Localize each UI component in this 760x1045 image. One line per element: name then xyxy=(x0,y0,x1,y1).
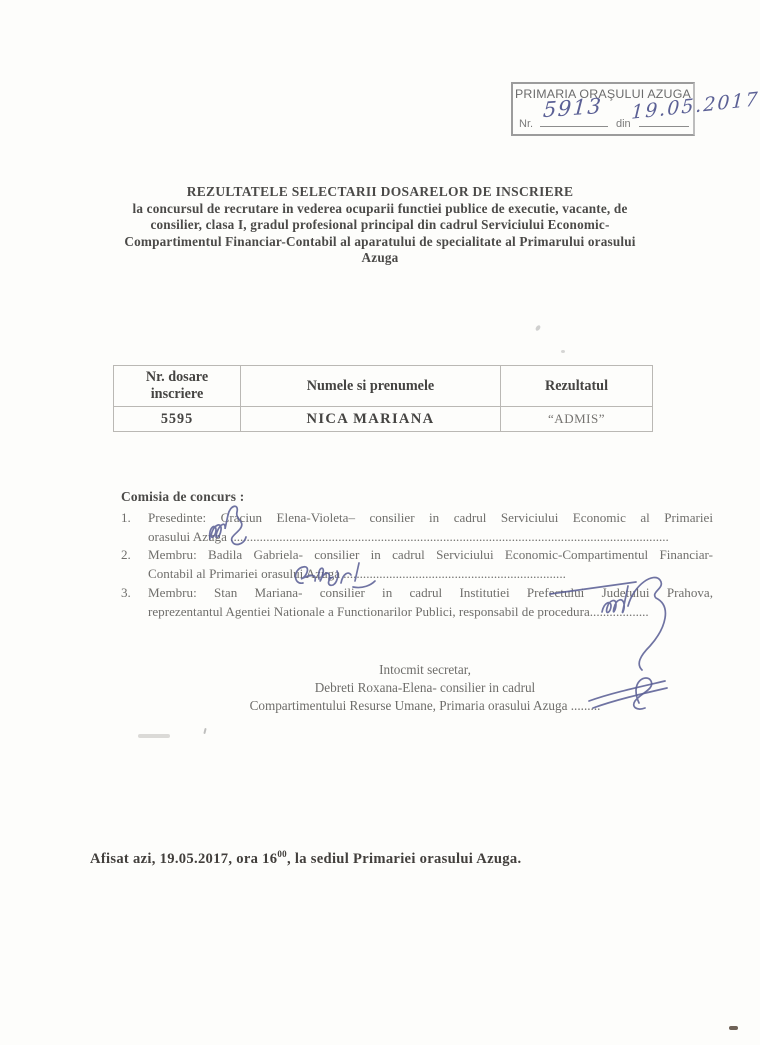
col-header-name: Numele si prenumele xyxy=(241,366,501,407)
item-number: 2. xyxy=(121,546,148,584)
col-header-dossier-number: Nr. dosare inscriere xyxy=(114,366,241,407)
posting-notice-text: Afisat azi, 19.05.2017, ora 16 xyxy=(90,851,277,867)
item-number: 1. xyxy=(121,509,148,547)
cell-dossier-number: 5595 xyxy=(114,407,241,432)
stamp-din-label: din xyxy=(616,118,631,130)
scan-artifact xyxy=(138,734,170,738)
secretary-section: Intocmit secretar, Debreti Roxana-Elena-… xyxy=(190,661,660,715)
scan-artifact xyxy=(203,728,206,734)
title-line: Compartimentul Financiar-Contabil al apa… xyxy=(80,234,680,251)
cell-result: “ADMIS” xyxy=(501,407,653,432)
signature-member-1 xyxy=(289,557,379,595)
scan-artifact xyxy=(729,1026,738,1030)
results-table: Nr. dosare inscriere Numele si prenumele… xyxy=(113,365,653,432)
posting-notice-text: , la sediul Primariei orasului Azuga. xyxy=(287,851,521,867)
stamp-nr-underline xyxy=(540,126,608,127)
title-line: consilier, clasa I, gradul profesional p… xyxy=(80,217,680,234)
document-title: REZULTATELE SELECTARII DOSARELOR DE INSC… xyxy=(80,184,680,201)
col-header-result: Rezultatul xyxy=(501,366,653,407)
title-line: la concursul de recrutare in vederea ocu… xyxy=(80,201,680,218)
scan-artifact xyxy=(535,324,542,331)
table-row: 5595 NICA MARIANA “ADMIS” xyxy=(114,407,653,432)
cell-candidate-name: NICA MARIANA xyxy=(241,407,501,432)
scan-artifact xyxy=(561,350,565,353)
stamp-date-underline xyxy=(639,126,689,127)
secretary-line: Compartimentului Resurse Umane, Primaria… xyxy=(190,697,660,715)
table-header-row: Nr. dosare inscriere Numele si prenumele… xyxy=(114,366,653,407)
secretary-line: Debreti Roxana-Elena- consilier in cadru… xyxy=(190,679,660,697)
stamp-nr-label: Nr. xyxy=(519,118,533,130)
signature-president xyxy=(200,497,272,551)
title-line: Azuga xyxy=(80,250,680,267)
title-block: REZULTATELE SELECTARII DOSARELOR DE INSC… xyxy=(80,184,680,267)
signature-member-2 xyxy=(542,566,682,674)
secretary-line: Intocmit secretar, xyxy=(190,661,660,679)
posting-notice: Afisat azi, 19.05.2017, ora 1600, la sed… xyxy=(90,849,521,868)
handwritten-registration-number: 5913 xyxy=(542,94,603,122)
document-page: PRIMARIA ORAŞULUI AZUGA Nr. din 5913 19.… xyxy=(0,0,760,1045)
item-number: 3. xyxy=(121,584,148,622)
posting-notice-superscript: 00 xyxy=(277,849,287,859)
registration-stamp: PRIMARIA ORAŞULUI AZUGA Nr. din 5913 19.… xyxy=(511,82,695,136)
